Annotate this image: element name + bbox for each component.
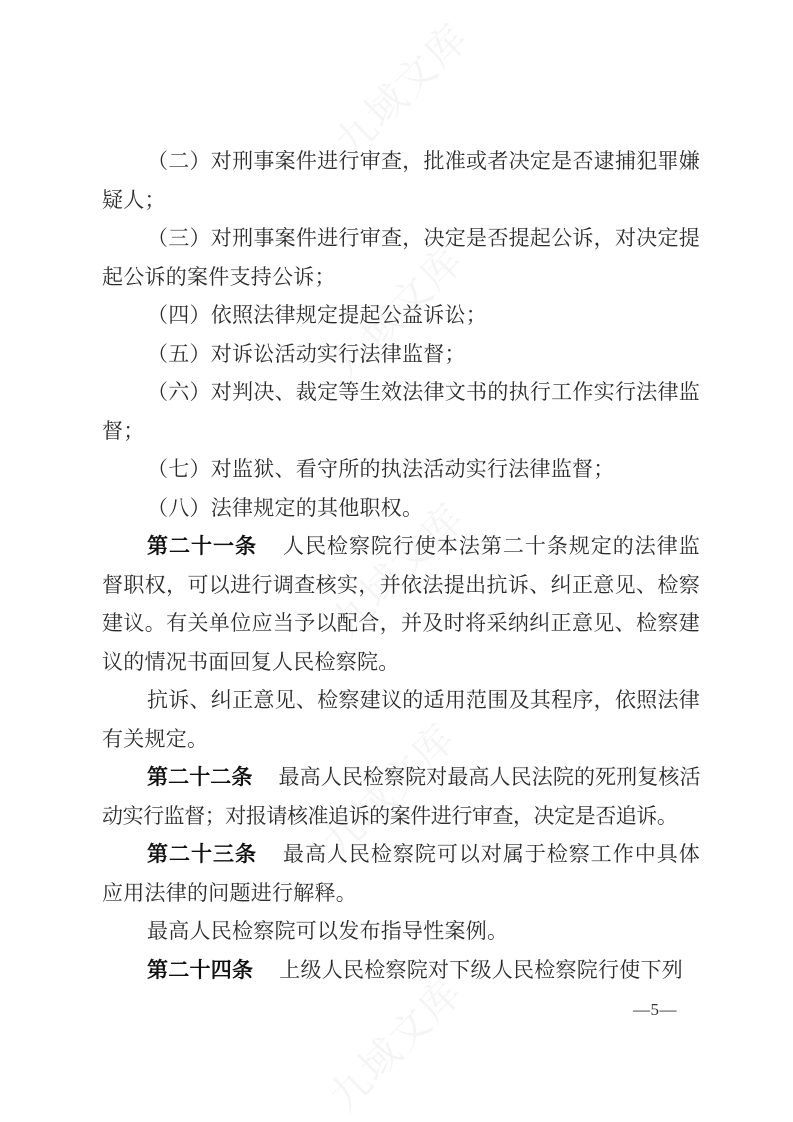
paragraph-text: （三）对刑事案件进行审查，决定是否提起公诉，对决定提起公诉的案件支持公诉； xyxy=(102,226,700,289)
article-number: 第二十一条 xyxy=(147,534,257,558)
document-body: （二）对刑事案件进行审查，批准或者决定是否逮捕犯罪嫌疑人； （三）对刑事案件进行… xyxy=(102,142,700,989)
paragraph-text: （五）对诉讼活动实行法律监督； xyxy=(147,342,466,366)
paragraph-text: （八）法律规定的其他职权。 xyxy=(147,496,423,520)
paragraph: 最高人民检察院可以发布指导性案例。 xyxy=(102,912,700,951)
paragraph: （七）对监狱、看守所的执法活动实行法律监督； xyxy=(102,450,700,489)
paragraph: （五）对诉讼活动实行法律监督； xyxy=(102,335,700,374)
article-number: 第二十四条 xyxy=(147,958,253,982)
paragraph: （八）法律规定的其他职权。 xyxy=(102,489,700,528)
article-number: 第二十三条 xyxy=(147,842,257,866)
paragraph: 第二十二条最高人民检察院对最高人民法院的死刑复核活动实行监督；对报请核准追诉的案… xyxy=(102,758,700,835)
page-number: —5— xyxy=(633,1000,677,1020)
paragraph-text: 抗诉、纠正意见、检察建议的适用范围及其程序，依照法律有关规定。 xyxy=(102,688,700,751)
paragraph-text: （七）对监狱、看守所的执法活动实行法律监督； xyxy=(147,457,615,481)
paragraph: （四）依照法律规定提起公益诉讼； xyxy=(102,296,700,335)
paragraph: 第二十四条上级人民检察院对下级人民检察院行使下列 xyxy=(102,951,700,990)
paragraph: （二）对刑事案件进行审查，批准或者决定是否逮捕犯罪嫌疑人； xyxy=(102,142,700,219)
paragraph: （六）对判决、裁定等生效法律文书的执行工作实行法律监督； xyxy=(102,373,700,450)
article-number: 第二十二条 xyxy=(147,765,253,789)
paragraph-text: 上级人民检察院对下级人民检察院行使下列 xyxy=(279,958,683,982)
paragraph: （三）对刑事案件进行审查，决定是否提起公诉，对决定提起公诉的案件支持公诉； xyxy=(102,219,700,296)
paragraph: 抗诉、纠正意见、检察建议的适用范围及其程序，依照法律有关规定。 xyxy=(102,681,700,758)
paragraph-text: （二）对刑事案件进行审查，批准或者决定是否逮捕犯罪嫌疑人； xyxy=(102,149,700,212)
document-page: 九域文库 九域文库 九域文库 九域文库 九域文库 （二）对刑事案件进行审查，批准… xyxy=(0,0,793,1122)
paragraph: 第二十一条人民检察院行使本法第二十条规定的法律监督职权，可以进行调查核实，并依法… xyxy=(102,527,700,681)
paragraph-text: （六）对判决、裁定等生效法律文书的执行工作实行法律监督； xyxy=(102,380,700,443)
paragraph-text: 最高人民检察院可以发布指导性案例。 xyxy=(147,919,508,943)
paragraph-text: （四）依照法律规定提起公益诉讼； xyxy=(147,303,487,327)
paragraph: 第二十三条最高人民检察院可以对属于检察工作中具体应用法律的问题进行解释。 xyxy=(102,835,700,912)
